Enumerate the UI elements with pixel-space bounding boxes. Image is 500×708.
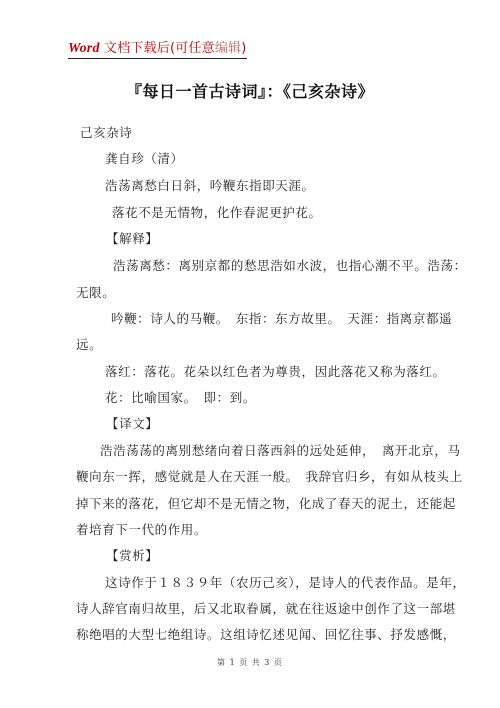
download-watermark-link[interactable]: Word 文档下载后(可任意编辑) <box>68 37 247 59</box>
explain-line: 远。 <box>76 337 102 353</box>
watermark-word: Word <box>68 41 100 56</box>
watermark-text: 文档下载后(可任意 <box>100 41 215 56</box>
explain-line: 吟鞭：诗人的马鞭。 东指：东方故里。 天涯：指离京都遥 <box>111 311 452 327</box>
appreciation-line: 诗人辞官南归故里，后又北取眷属，就在往返途中创作了这一部堪 <box>76 601 456 617</box>
section-heading-appreciation: 【赏析】 <box>106 548 158 564</box>
poem-title: 己亥杂诗 <box>80 125 132 141</box>
translation-line: 鞭向东一挥，感觉就是人在天涯一般。 我辞官归乡，有如从枝头上 <box>76 469 463 485</box>
page-number: 第 1 页 共 3 页 <box>0 657 500 668</box>
translation-line: 着培育下一代的作用。 <box>76 522 207 538</box>
watermark-text-end: ) <box>241 41 246 56</box>
translation-line: 浩浩荡荡的离别愁绪向着日落西斜的远处延伸， 离开北京，马 <box>100 443 461 459</box>
section-heading-translation: 【译文】 <box>106 416 158 432</box>
poem-author: 龚自珍（清） <box>105 151 184 167</box>
explain-line: 浩荡离愁：离别京都的愁思浩如水波，也指心潮不平。浩荡： <box>113 258 467 274</box>
explain-line: 落红：落花。花朵以红色者为尊贵，因此落花又称为落红。 <box>105 364 446 380</box>
appreciation-line: 称绝唱的大型七绝组诗。这组诗忆述见闻、回忆往事、抒发感慨， <box>76 627 456 643</box>
watermark-text-edit: 编辑 <box>215 41 241 56</box>
explain-line: 无限。 <box>76 285 115 301</box>
poem-verse-2: 落花不是无情物，化作春泥更护花。 <box>112 205 322 221</box>
explain-line: 花：比喻国家。 即：到。 <box>105 390 256 406</box>
section-heading-explain: 【解释】 <box>106 231 158 247</box>
poem-verse-1: 浩荡离愁白日斜，吟鞭东指即天涯。 <box>105 178 315 194</box>
appreciation-line: 这诗作于１８３９年（农历己亥），是诗人的代表作品。是年， <box>105 575 466 591</box>
translation-line: 掉下来的落花，但它却不是无情之物，化成了春天的泥土，还能起 <box>76 496 456 512</box>
page-title: 『每日一首古诗词』：《己亥杂诗》 <box>0 79 500 102</box>
